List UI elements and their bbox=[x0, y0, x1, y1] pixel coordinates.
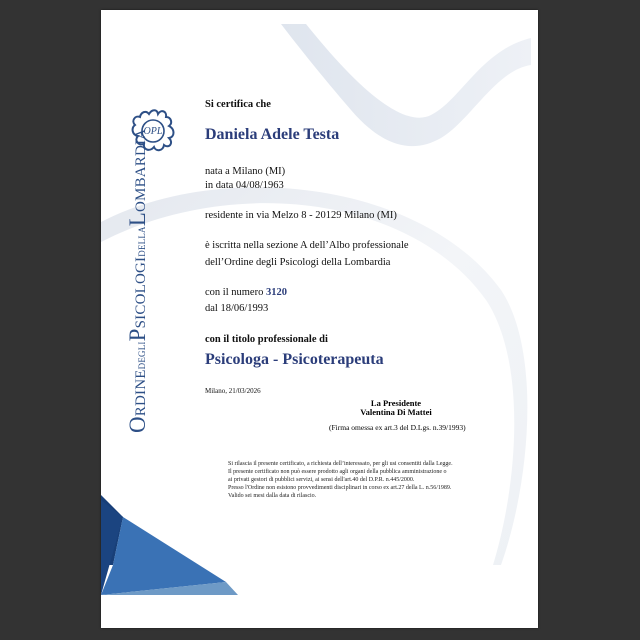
signature-name: Valentina Di Mattei bbox=[331, 407, 461, 417]
legal-notes: Si rilascia il presente certificato, a r… bbox=[228, 460, 453, 500]
legal-note: Valido sei mesi dalla data di rilascio. bbox=[228, 492, 453, 500]
legal-note: Si rilascia il presente certificato, a r… bbox=[228, 460, 453, 468]
holder-name: Daniela Adele Testa bbox=[205, 126, 339, 144]
place-date: Milano, 21/03/2026 bbox=[205, 385, 261, 398]
certificate-page: OPL ORDINEDEGLIPSICOLOGIDELLALOMBARDIA S… bbox=[101, 10, 538, 628]
legal-note: Il presente certificato non può essere p… bbox=[228, 468, 453, 476]
registration-number: con il numero 3120 bbox=[205, 286, 287, 299]
registration-number-value: 3120 bbox=[266, 287, 287, 298]
registration-since: dal 18/06/1993 bbox=[205, 302, 268, 315]
residence: residente in via Melzo 8 - 20129 Milano … bbox=[205, 209, 397, 222]
intro-text: Si certifica che bbox=[205, 98, 271, 111]
title-label: con il titolo professionale di bbox=[205, 333, 328, 346]
legal-note: ai privati gestori di pubblici servizi, … bbox=[228, 476, 453, 484]
registration-line-2: dell’Ordine degli Psicologi della Lombar… bbox=[205, 256, 390, 269]
professional-title: Psicologa - Psicoterapeuta bbox=[205, 351, 384, 369]
legal-note: Presso l'Ordine non esistono provvedimen… bbox=[228, 484, 453, 492]
signature-note: (Firma omessa ex art.3 del D.Lgs. n.39/1… bbox=[329, 421, 466, 434]
organization-vertical-title: ORDINEDEGLIPSICOLOGIDELLALOMBARDIA bbox=[125, 129, 151, 433]
birth-date: in data 04/08/1963 bbox=[205, 179, 284, 192]
background-decoration bbox=[101, 10, 538, 628]
registration-line-1: è iscritta nella sezione A dell’Albo pro… bbox=[205, 239, 409, 252]
birth-place: nata a Milano (MI) bbox=[205, 165, 285, 178]
